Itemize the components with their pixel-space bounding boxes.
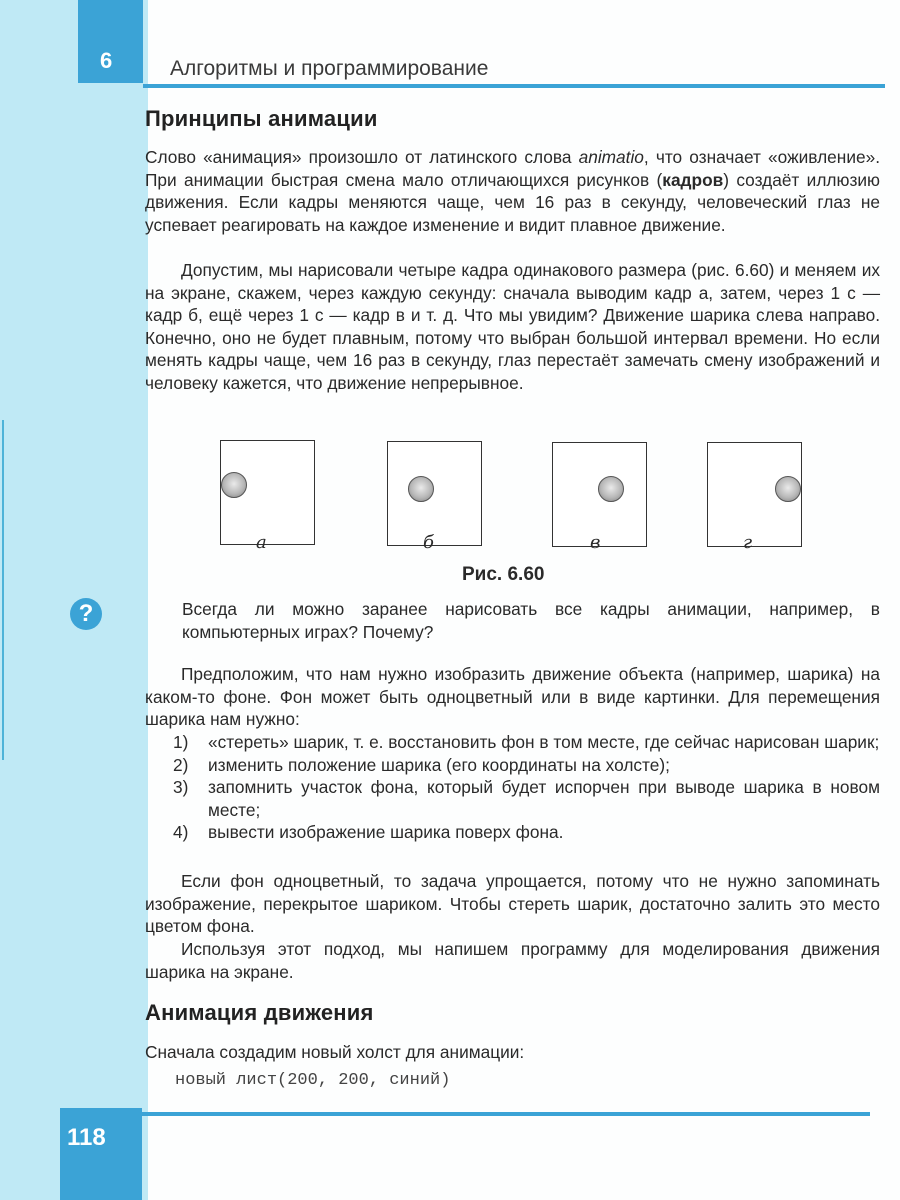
ball [598,476,624,502]
section-title-principles: Принципы анимации [145,108,378,131]
margin-line [2,420,4,760]
question-mark-icon: ? [70,598,102,630]
figure-caption: Рис. 6.60 [462,564,544,587]
list-item: 4)вывести изображение шарика поверх фона… [173,821,880,844]
paragraph-movement: Предположим, что нам нужно изобразить дв… [145,663,880,731]
figure-6-60: а б в г Рис. 6.60 [200,438,830,588]
page-number: 118 [67,1124,106,1152]
paragraph-example: Допустим, мы нарисовали четыре кадра оди… [145,259,880,394]
frame-label: в [590,532,600,555]
frame-label: б [423,532,434,555]
margin-strip [0,0,148,1200]
frame-b [387,441,482,546]
frame-a [220,440,315,545]
paragraph-single-color: Если фон одноцветный, то задача упрощает… [145,870,880,938]
frame-g [707,442,802,547]
chapter-tab: 6 [78,0,143,83]
list-item: 1)«стереть» шарик, т. е. восстановить фо… [173,731,880,754]
ball [775,476,801,502]
paragraph-canvas: Сначала создадим новый холст для анимаци… [145,1041,880,1064]
steps-list: 1)«стереть» шарик, т. е. восстановить фо… [173,731,880,844]
list-item: 3)запомнить участок фона, который будет … [173,776,880,821]
ball [221,472,247,498]
frame-label: г [743,532,752,555]
header-rule [143,84,885,88]
chapter-title: Алгоритмы и программирование [170,57,488,81]
chapter-number: 6 [100,48,112,74]
ball [408,476,434,502]
section-title-motion: Анимация движения [145,1002,374,1025]
list-item: 2)изменить положение шарика (его координ… [173,754,880,777]
frame-label: а [256,532,267,555]
code-line: новый лист(200, 200, синий) [175,1070,450,1093]
question-text: Всегда ли можно заранее нарисовать все к… [182,598,880,643]
page-number-tab: 118 [60,1108,142,1200]
latin-term: animatio [579,147,644,167]
term-frames: кадров [662,170,723,190]
paragraph-approach: Используя этот подход, мы напишем програ… [145,938,880,983]
paragraph-intro: Слово «анимация» произошло от латинского… [145,146,880,236]
footer-rule [142,1112,870,1116]
